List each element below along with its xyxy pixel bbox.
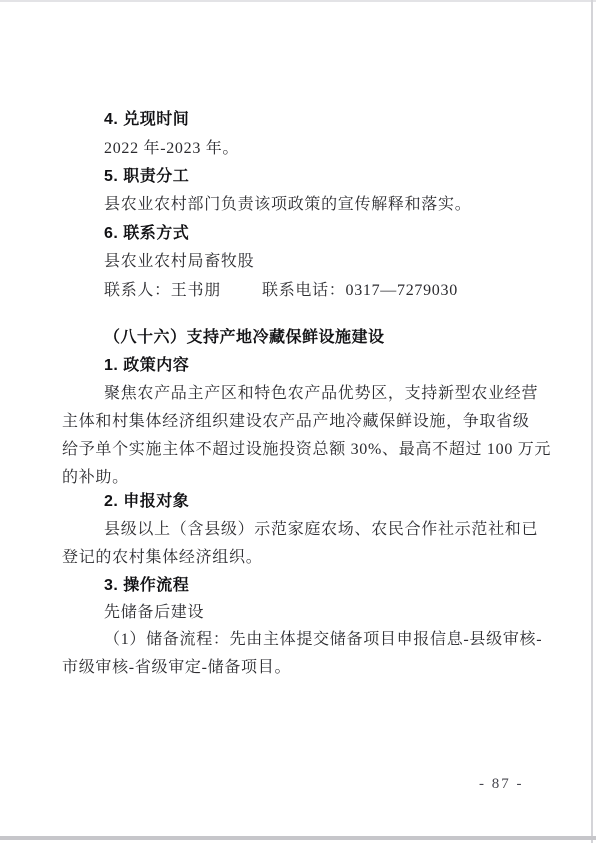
- section-heading-duty-division: 5. 职责分工: [104, 168, 189, 186]
- subsection-heading-policy-content: 1. 政策内容: [104, 357, 189, 375]
- contact-person: 联系人：王书朋: [104, 282, 221, 300]
- document-page: 4. 兑现时间 2022 年-2023 年。 5. 职责分工 县农业农村部门负责…: [0, 0, 596, 843]
- subsection-heading-operation-process: 3. 操作流程: [104, 577, 189, 595]
- page-number: - 87 -: [479, 776, 524, 793]
- section-heading-cash-time: 4. 兑现时间: [104, 111, 189, 129]
- body-line-policy-1: 聚焦农产品主产区和特色农产品优势区，支持新型农业经营: [104, 385, 538, 403]
- body-line-policy-4: 的补助。: [62, 469, 129, 487]
- section-heading-contact: 6. 联系方式: [104, 225, 189, 243]
- body-line-years: 2022 年-2023 年。: [104, 140, 239, 158]
- page-right-edge: [591, 0, 593, 843]
- body-line-target-1: 县级以上（含县级）示范家庭农场、农民合作社示范社和已: [104, 521, 538, 539]
- page-bottom-edge: [0, 836, 596, 840]
- body-line-department: 县农业农村局畜牧股: [104, 253, 254, 271]
- body-line-target-2: 登记的农村集体经济组织。: [62, 549, 262, 567]
- body-line-policy-3: 给予单个实施主体不超过设施投资总额 30%、最高不超过 100 万元: [62, 441, 551, 459]
- contact-phone: 联系电话：0317—7279030: [262, 282, 458, 300]
- subsection-heading-application-target: 2. 申报对象: [104, 493, 189, 511]
- body-line-process-1: 先储备后建设: [104, 604, 204, 622]
- body-line-policy-2: 主体和村集体经济组织建设农产品产地冷藏保鲜设施，争取省级: [62, 413, 530, 431]
- page-top-edge: [0, 0, 596, 2]
- body-line-duty: 县农业农村部门负责该项政策的宣传解释和落实。: [104, 196, 471, 214]
- body-line-process-3: 市级审核-省级审定-储备项目。: [62, 659, 291, 677]
- body-line-process-2: （1）储备流程：先由主体提交储备项目申报信息-县级审核-: [104, 631, 542, 649]
- section-heading-86-cold-storage: （八十六）支持产地冷藏保鲜设施建设: [104, 329, 385, 347]
